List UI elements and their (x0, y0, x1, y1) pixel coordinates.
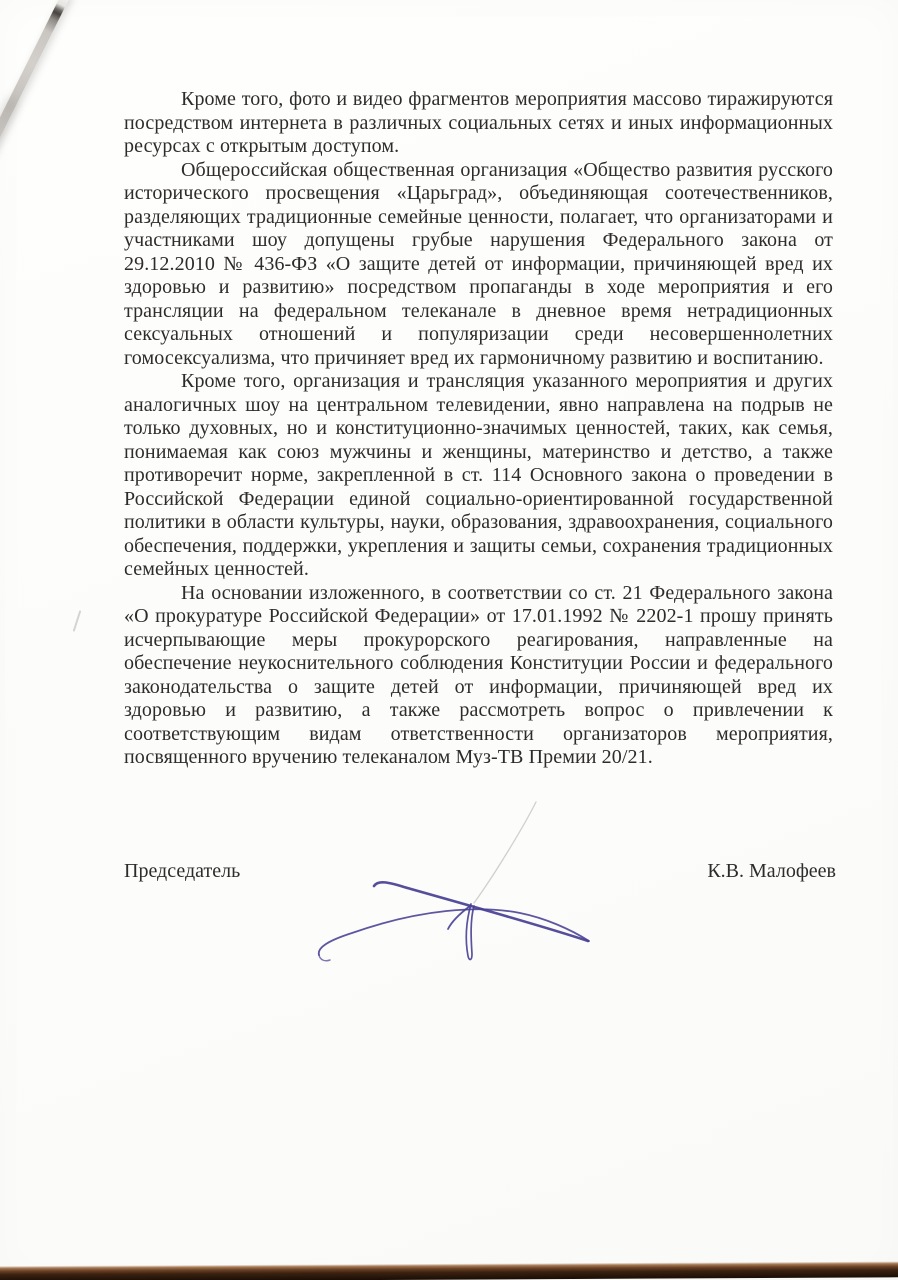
signature-block: Председатель К.В. Малофеев (124, 860, 836, 883)
table-edge (0, 1261, 898, 1280)
paper-crease-line (474, 802, 536, 903)
left-margin-scratch (73, 610, 82, 632)
paragraph-internet-distribution: Кроме того, фото и видео фрагментов меро… (124, 88, 833, 159)
signoff-title: Председатель (124, 860, 240, 883)
paragraph-constitutional-values: Кроме того, организация и трансляция ука… (124, 370, 833, 582)
signature-stroke-hook (319, 955, 330, 961)
signature-stroke-short-diagonal (448, 906, 470, 929)
letter-body: Кроме того, фото и видео фрагментов меро… (124, 88, 833, 770)
pen-object (0, 0, 73, 158)
paragraph-request: На основании изложенного, в соответствии… (124, 582, 833, 770)
signature-stroke-diagonal (374, 882, 588, 941)
scanned-letter-page: Кроме того, фото и видео фрагментов меро… (0, 0, 898, 1280)
signoff-name: К.В. Малофеев (707, 860, 836, 883)
signature-stroke-arc (319, 909, 589, 955)
paragraph-tsargrad-position: Общероссийская общественная организация … (124, 159, 833, 371)
signature-stroke-vertical-loop (466, 904, 474, 960)
